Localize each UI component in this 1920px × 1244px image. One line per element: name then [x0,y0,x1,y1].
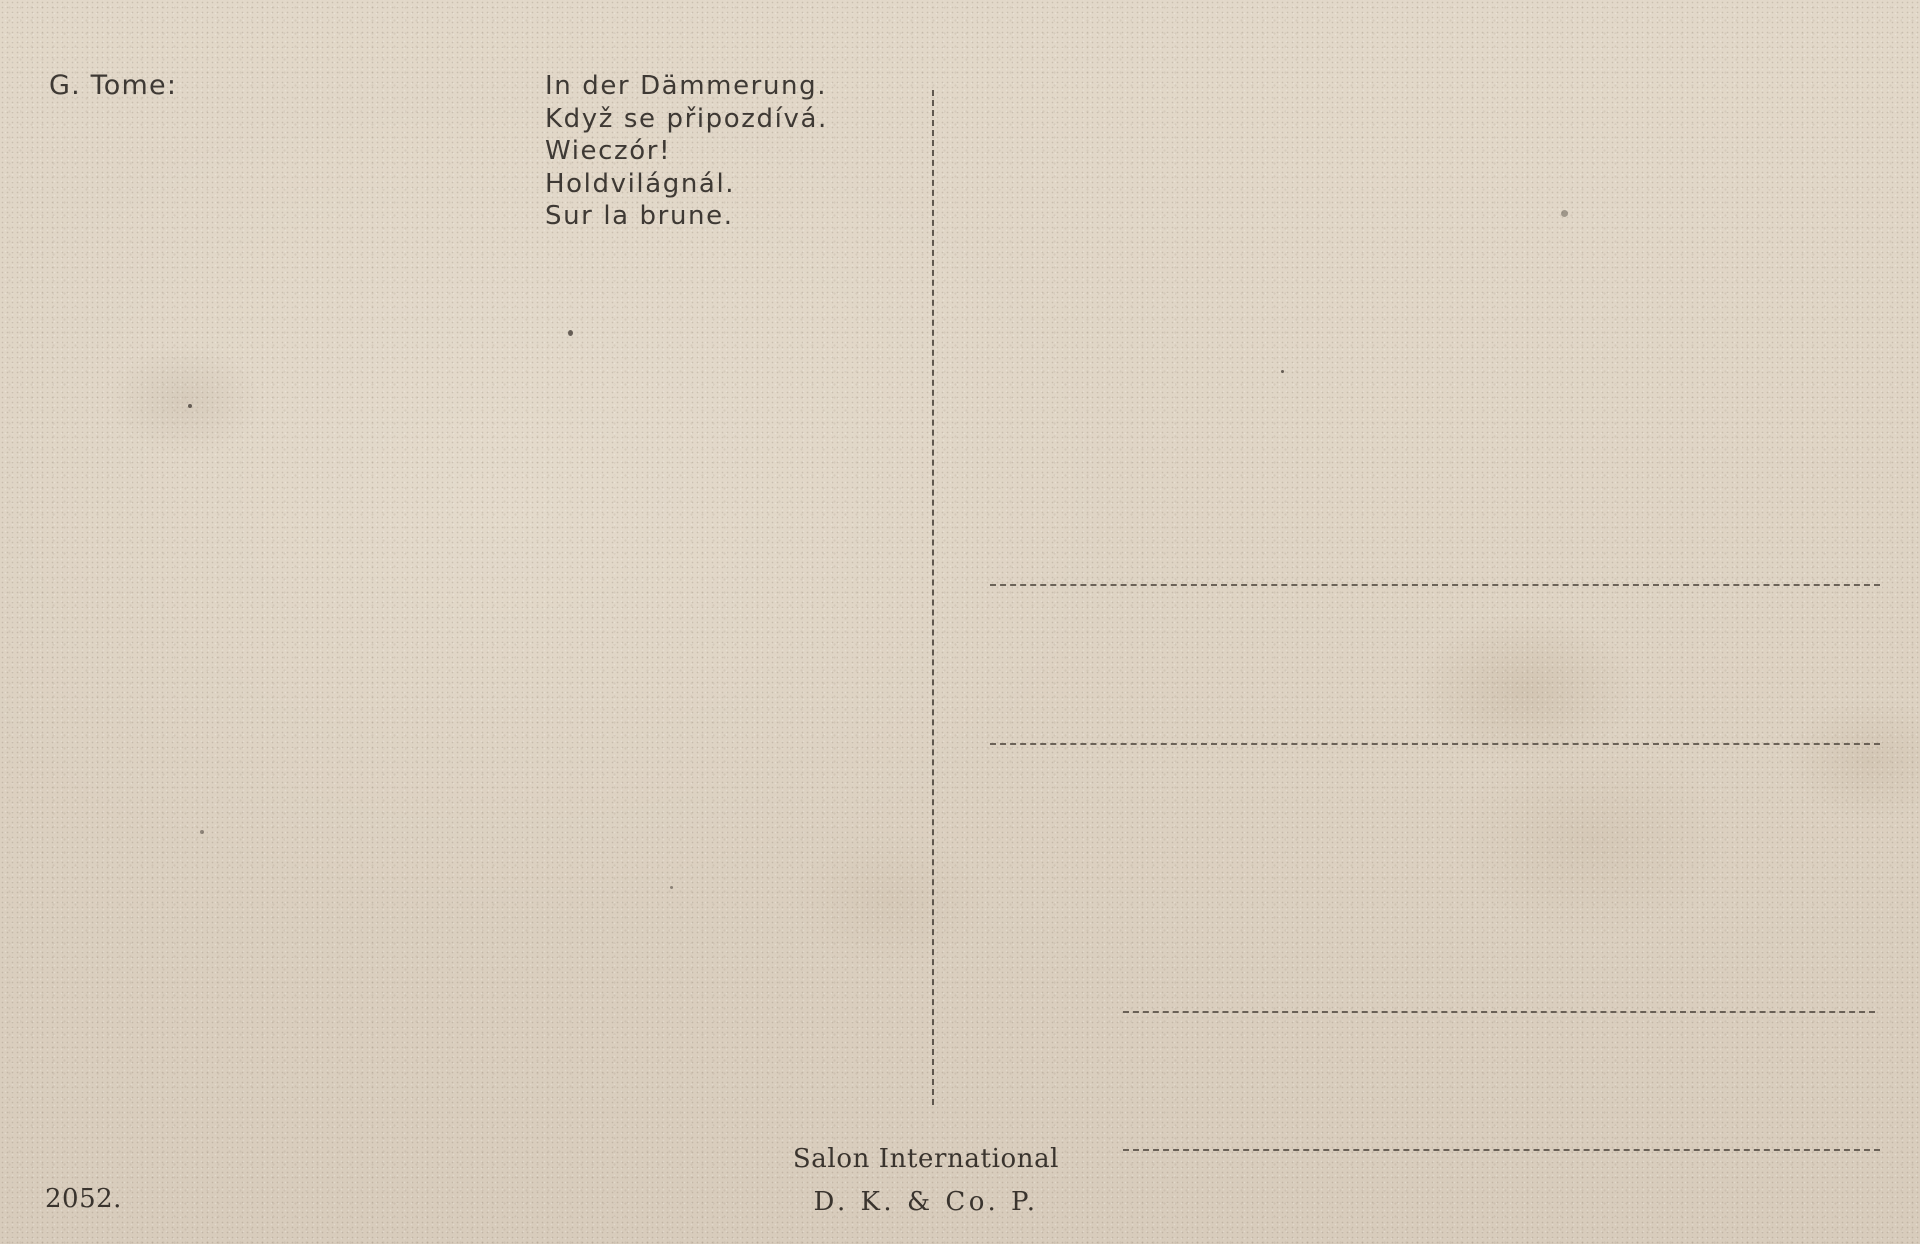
title-german: In der Dämmerung. [545,70,828,103]
paper-speck [568,330,573,336]
address-line-2 [990,743,1880,745]
publisher-name: Salon International [793,1142,1059,1176]
artist-name: G. Tome: [49,68,177,104]
title-czech: Když se připozdívá. [545,103,828,136]
message-address-divider [932,90,934,1105]
address-line-4 [1123,1149,1880,1151]
paper-speck [670,886,673,889]
title-hungarian: Holdvilágnál. [545,168,828,201]
paper-speck [1561,210,1568,217]
postcard-back: G. Tome: In der Dämmerung. Když se připo… [0,0,1920,1244]
catalog-number: 2052. [45,1182,122,1216]
paper-speck [188,404,192,408]
address-line-1 [990,584,1880,586]
paper-speck [1281,370,1284,373]
title-polish: Wieczór! [545,135,828,168]
multilingual-title-list: In der Dämmerung. Když se připozdívá. Wi… [545,70,828,233]
address-line-3 [1123,1011,1875,1013]
publisher-imprint: D. K. & Co. P. [814,1185,1039,1219]
title-french: Sur la brune. [545,200,828,233]
paper-speck [200,830,204,834]
paper-texture [0,0,1920,1244]
